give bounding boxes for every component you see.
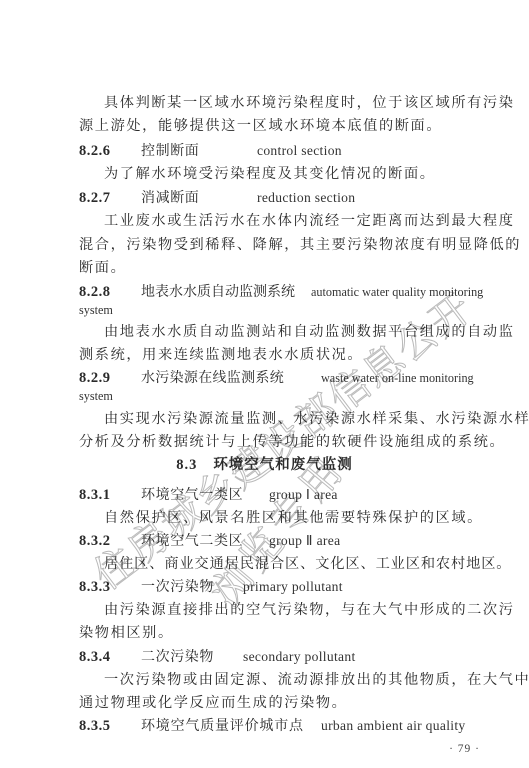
term-entry-8-3-3: 8.3.3一次污染物primary pollutant — [79, 578, 476, 596]
definition-line: 断面。 — [79, 259, 476, 277]
term-english: secondary pollutant — [243, 649, 356, 664]
term-english-cont: system — [79, 303, 113, 317]
term-entry-8-2-9: 8.2.9水污染源在线监测系统waste water on-line monit… — [79, 369, 476, 387]
definition-line: 测系统，用来连续监测地表水水质状况。 — [79, 346, 476, 364]
document-page: 住房城乡建设部信息公开 浏览专用 具体判断某一区域水环境污染程度时，位于该区域所… — [0, 0, 529, 768]
term-english: automatic water quality monitoring — [311, 285, 483, 299]
term-english: waste water on-line monitoring — [321, 371, 474, 385]
page-number: · 79 · — [420, 742, 480, 756]
term-english-cont: system — [79, 389, 113, 403]
term-number: 8.3.2 — [79, 532, 141, 550]
term-number: 8.3.4 — [79, 648, 141, 666]
term-number: 8.2.7 — [79, 189, 141, 207]
term-english: urban ambient air quality — [321, 718, 466, 733]
term-number: 8.3.1 — [79, 486, 141, 504]
term-chinese: 二次污染物 — [141, 648, 243, 666]
section-number: 8.3 — [176, 457, 197, 473]
term-chinese: 环境空气二类区 — [141, 532, 269, 550]
term-english: reduction section — [257, 190, 355, 205]
term-chinese: 环境空气质量评价城市点 — [141, 717, 321, 735]
term-english-continued: system — [79, 387, 476, 405]
term-chinese: 地表水水质自动监测系统 — [141, 283, 311, 301]
definition-line: 分析及分析数据统计与上传等功能的软硬件设施组成的系统。 — [79, 433, 476, 451]
term-chinese: 水污染源在线监测系统 — [141, 369, 321, 387]
paragraph-line: 源上游处，能够提供这一区域水环境本底值的断面。 — [79, 117, 476, 135]
definition-line: 由实现水污染源流量监测、水污染源水样采集、水污染源水样 — [104, 410, 476, 428]
definition-line: 工业废水或生活污水在水体内流经一定距离而达到最大程度 — [104, 212, 476, 230]
term-english-continued: system — [79, 301, 476, 319]
term-number: 8.2.6 — [79, 142, 141, 160]
definition-line: 通过物理或化学反应而生成的污染物。 — [79, 694, 476, 712]
definition-line: 为了解水环境受污染程度及其变化情况的断面。 — [104, 165, 476, 183]
term-english: control section — [257, 143, 342, 158]
term-entry-8-3-1: 8.3.1环境空气一类区group Ⅰ area — [79, 486, 476, 504]
term-number: 8.2.9 — [79, 369, 141, 387]
term-chinese: 消减断面 — [141, 189, 257, 207]
term-entry-8-3-5: 8.3.5环境空气质量评价城市点urban ambient air qualit… — [79, 717, 476, 735]
definition-line: 居住区、商业交通居民混合区、文化区、工业区和农村地区。 — [104, 555, 476, 573]
term-entry-8-3-4: 8.3.4二次污染物secondary pollutant — [79, 648, 476, 666]
paragraph-line: 具体判断某一区域水环境污染程度时，位于该区域所有污染 — [104, 94, 476, 112]
term-entry-8-3-2: 8.3.2环境空气二类区group Ⅱ area — [79, 532, 476, 550]
term-number: 8.3.3 — [79, 578, 141, 596]
definition-line: 染物相区别。 — [79, 624, 476, 642]
term-english: group Ⅱ area — [269, 533, 340, 548]
term-english: primary pollutant — [243, 579, 343, 594]
term-chinese: 控制断面 — [141, 142, 257, 160]
term-chinese: 环境空气一类区 — [141, 486, 269, 504]
term-entry-8-2-6: 8.2.6控制断面control section — [79, 142, 476, 160]
term-entry-8-2-7: 8.2.7消减断面reduction section — [79, 189, 476, 207]
term-english: group Ⅰ area — [269, 487, 338, 502]
definition-line: 由污染源直接排出的空气污染物，与在大气中形成的二次污 — [104, 601, 476, 619]
definition-line: 自然保护区、风景名胜区和其他需要特殊保护的区域。 — [104, 509, 476, 527]
term-number: 8.3.5 — [79, 717, 141, 735]
term-number: 8.2.8 — [79, 283, 141, 301]
term-entry-8-2-8: 8.2.8地表水水质自动监测系统automatic water quality … — [79, 283, 476, 301]
definition-line: 一次污染物或由固定源、流动源排放出的其他物质，在大气中 — [104, 671, 476, 689]
section-heading: 8.3环境空气和废气监测 — [0, 456, 529, 474]
definition-line: 由地表水水质自动监测站和自动监测数据平台组成的自动监 — [104, 323, 476, 341]
section-title: 环境空气和废气监测 — [213, 456, 353, 473]
definition-line: 混合，污染物受到稀释、降解，其主要污染物浓度有明显降低的 — [79, 236, 476, 254]
term-chinese: 一次污染物 — [141, 578, 243, 596]
